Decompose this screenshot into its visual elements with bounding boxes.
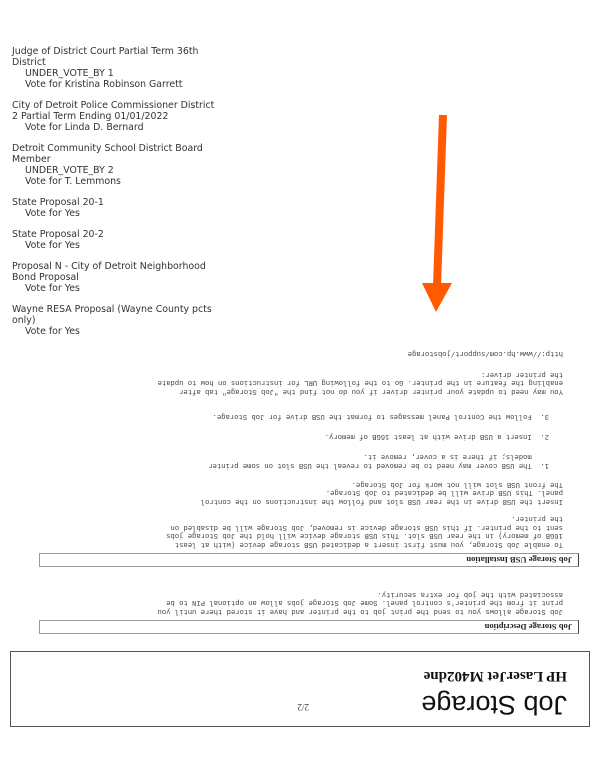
step-2: 2. Insert a USB drive with at least 16GB… [325, 431, 549, 440]
printer-model: HP LaserJet M402dne [424, 667, 567, 684]
usb-intro-text: To enable Job Storage, you must first in… [166, 514, 563, 548]
printout-header: Job Storage 2/2 HP LaserJet M402dne [10, 651, 590, 727]
usb-insert-text: Insert the USB drive in the rear USB slo… [201, 479, 563, 505]
step-3: 3. Follow the Control Panel messages to … [213, 411, 549, 420]
page-number: 2/2 [297, 702, 309, 712]
driver-note: You may need to update your printer driv… [158, 369, 563, 395]
section-heading-description: Job Storage Description [39, 620, 579, 634]
printed-page-upside-down: Job Storage 2/2 HP LaserJet M402dne Job … [0, 0, 595, 767]
support-url[interactable]: http://www.hp.com/support/jobstorage [408, 348, 563, 357]
section-heading-usb-installation: Job Storage USB Installation [39, 553, 579, 567]
description-text: Job Storage allows you to send the print… [158, 589, 563, 615]
step-1: 1. The USB cover may need to be removed … [208, 452, 549, 469]
document-title: Job Storage [421, 689, 567, 720]
